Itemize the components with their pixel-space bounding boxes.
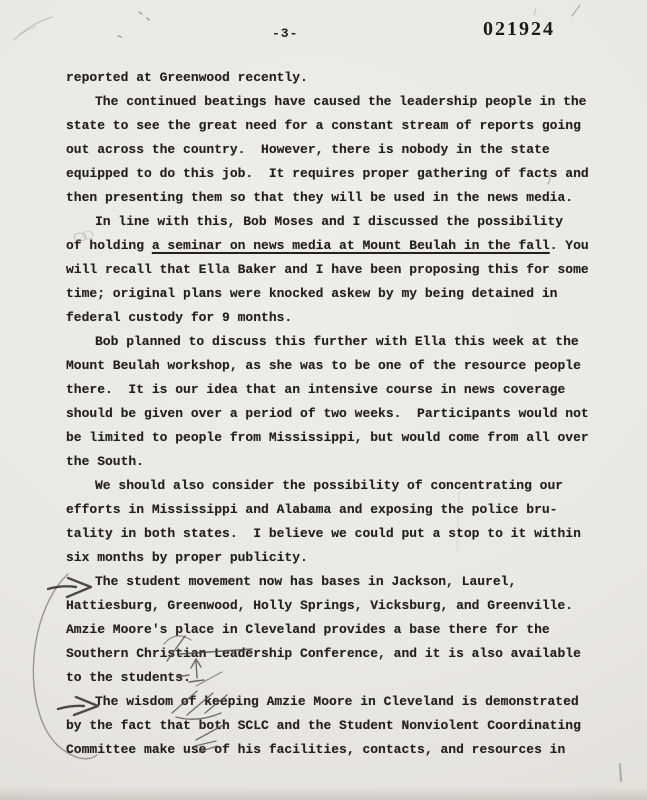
text-line: Mount Beulah workshop, as she was to be … [66,354,606,378]
scan-mark [534,8,536,15]
text-line: state to see the great need for a consta… [66,114,606,138]
text-line: Amzie Moore's place in Cleveland provide… [66,618,606,642]
text-line: out across the country. However, there i… [66,138,606,162]
scan-mark [620,764,621,781]
text-line: Hattiesburg, Greenwood, Holly Springs, V… [66,594,606,618]
stamp-number: 021924 [483,18,555,41]
text-line: six months by proper publicity. [66,546,606,570]
text-line: the South. [66,450,606,474]
text-line: The student movement now has bases in Ja… [66,570,606,594]
text-line: there. It is our idea that an intensive … [66,378,606,402]
text-line: be limited to people from Mississippi, b… [66,426,606,450]
text-line: The continued beatings have caused the l… [66,90,606,114]
text-line: Southern Christian Leadership Conference… [66,642,606,666]
text-line: Committee make use of his facilities, co… [66,738,606,762]
scanned-letter-page: -3- 021924 reported at Greenwood recentl… [0,0,647,800]
text-line: of holding a seminar on news media at Mo… [66,234,606,258]
text-line: tality in both states. I believe we coul… [66,522,606,546]
text-line: In line with this, Bob Moses and I discu… [66,210,606,234]
text-line: should be given over a period of two wee… [66,402,606,426]
text-line: efforts in Mississippi and Alabama and e… [66,498,606,522]
scan-edge-shadow [0,787,647,800]
scan-smudge [20,26,36,34]
document-lines: reported at Greenwood recently.The conti… [66,66,606,762]
text-line: by the fact that both SCLC and the Stude… [66,714,606,738]
page-number: -3- [272,26,298,41]
text-line: We should also consider the possibility … [66,474,606,498]
text-line: reported at Greenwood recently. [66,66,606,90]
text-line: The wisdom of keeping Amzie Moore in Cle… [66,690,606,714]
scan-smudge [14,17,52,40]
text-line: then presenting them so that they will b… [66,186,606,210]
scan-speck [118,12,149,37]
text-line: equipped to do this job. It requires pro… [66,162,606,186]
text-line: time; original plans were knocked askew … [66,282,606,306]
scan-mark [572,5,580,16]
text-line: to the students. [66,666,606,690]
text-line: will recall that Ella Baker and I have b… [66,258,606,282]
text-line: federal custody for 9 months. [66,306,606,330]
text-line: Bob planned to discuss this further with… [66,330,606,354]
